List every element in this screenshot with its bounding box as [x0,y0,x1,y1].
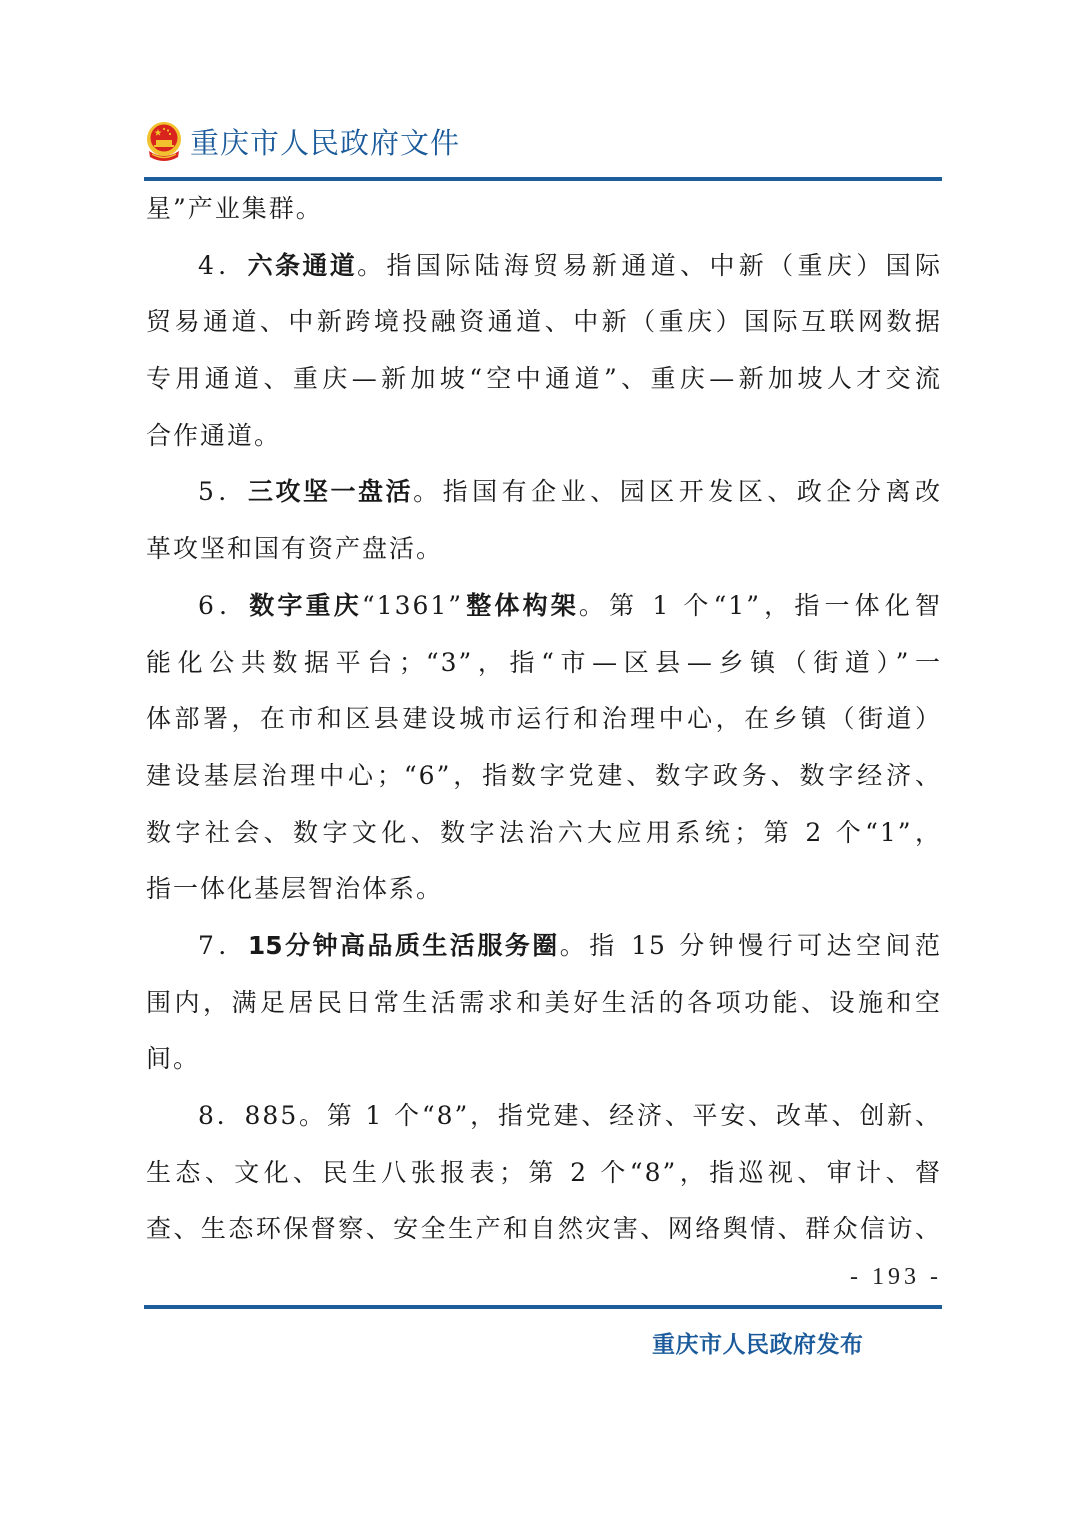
item-6-line-5: 数字社会、数字文化、数字法治六大应用系统；第 2 个“1”， [146,810,942,867]
item-5-line-1: 5．三攻坚一盘活。指国有企业、园区开发区、政企分离改 [146,469,942,526]
item-term-number: 15 [248,931,283,960]
item-number: 4． [198,251,248,280]
item-8-line-2: 生态、文化、民生八张报表；第 2 个“8”，指巡视、审计、督 [146,1150,942,1207]
item-8-line-1: 8．885。第 1 个“8”，指党建、经济、平安、改革、创新、 [146,1093,942,1150]
item-number: 8． [198,1101,245,1130]
item-number: 6． [198,591,249,620]
item-number: 7． [198,931,248,960]
item-5-line-2: 革攻坚和国有资产盘活。 [146,526,942,583]
item-4-line-3: 专用通道、重庆—新加坡“空中通道”、重庆—新加坡人才交流 [146,356,942,413]
item-text: 。第 1 个“1”，指一体化智 [579,591,942,620]
header-divider [144,177,942,181]
item-text: 。第 1 个“8”，指党建、经济、平安、改革、创新、 [298,1101,942,1130]
item-term: 六条通道 [248,251,357,280]
item-6-line-1: 6．数字重庆“1361”整体构架。第 1 个“1”，指一体化智 [146,583,942,640]
item-text: 。指国际陆海贸易新通道、中新（重庆）国际 [357,251,942,280]
item-6-line-2: 能化公共数据平台；“3”，指“市—区县—乡镇（街道）”一 [146,640,942,697]
footer-divider [144,1305,942,1309]
item-8-line-3: 查、生态环保督察、安全生产和自然灾害、网络舆情、群众信访、 [146,1206,942,1263]
item-term: 三攻坚一盘活 [248,477,413,506]
item-term-quote: “1361” [362,591,463,620]
item-4-line-2: 贸易通道、中新跨境投融资通道、中新（重庆）国际互联网数据 [146,299,942,356]
item-7-line-3: 间。 [146,1036,942,1093]
footer-publisher: 重庆市人民政府发布 [652,1326,864,1359]
item-term: 整体构架 [463,591,579,620]
page-number: - 193 - [850,1264,942,1291]
item-term: 数字重庆 [249,591,362,620]
item-term: 885 [245,1101,299,1130]
item-6-line-4: 建设基层治理中心；“6”，指数字党建、数字政务、数字经济、 [146,753,942,810]
paragraph-continuation: 星”产业集群。 [146,186,942,243]
item-text: 。指 15 分钟慢行可达空间范 [560,931,942,960]
item-text: 。指国有企业、园区开发区、政企分离改 [413,477,942,506]
item-number: 5． [198,477,248,506]
item-7-line-1: 7．15分钟高品质生活服务圈。指 15 分钟慢行可达空间范 [146,923,942,980]
item-4-line-1: 4．六条通道。指国际陆海贸易新通道、中新（重庆）国际 [146,243,942,300]
national-emblem-icon [144,121,184,165]
item-6-line-6: 指一体化基层智治体系。 [146,866,942,923]
document-body: 星”产业集群。 4．六条通道。指国际陆海贸易新通道、中新（重庆）国际 贸易通道、… [146,186,942,1263]
document-header: 重庆市人民政府文件 [144,120,944,166]
item-6-line-3: 体部署，在市和区县建设城市运行和治理中心，在乡镇（街道） [146,696,942,753]
item-7-line-2: 围内，满足居民日常生活需求和美好生活的各项功能、设施和空 [146,980,942,1037]
header-title: 重庆市人民政府文件 [190,120,460,166]
item-term: 分钟高品质生活服务圈 [283,931,560,960]
item-4-line-4: 合作通道。 [146,413,942,470]
